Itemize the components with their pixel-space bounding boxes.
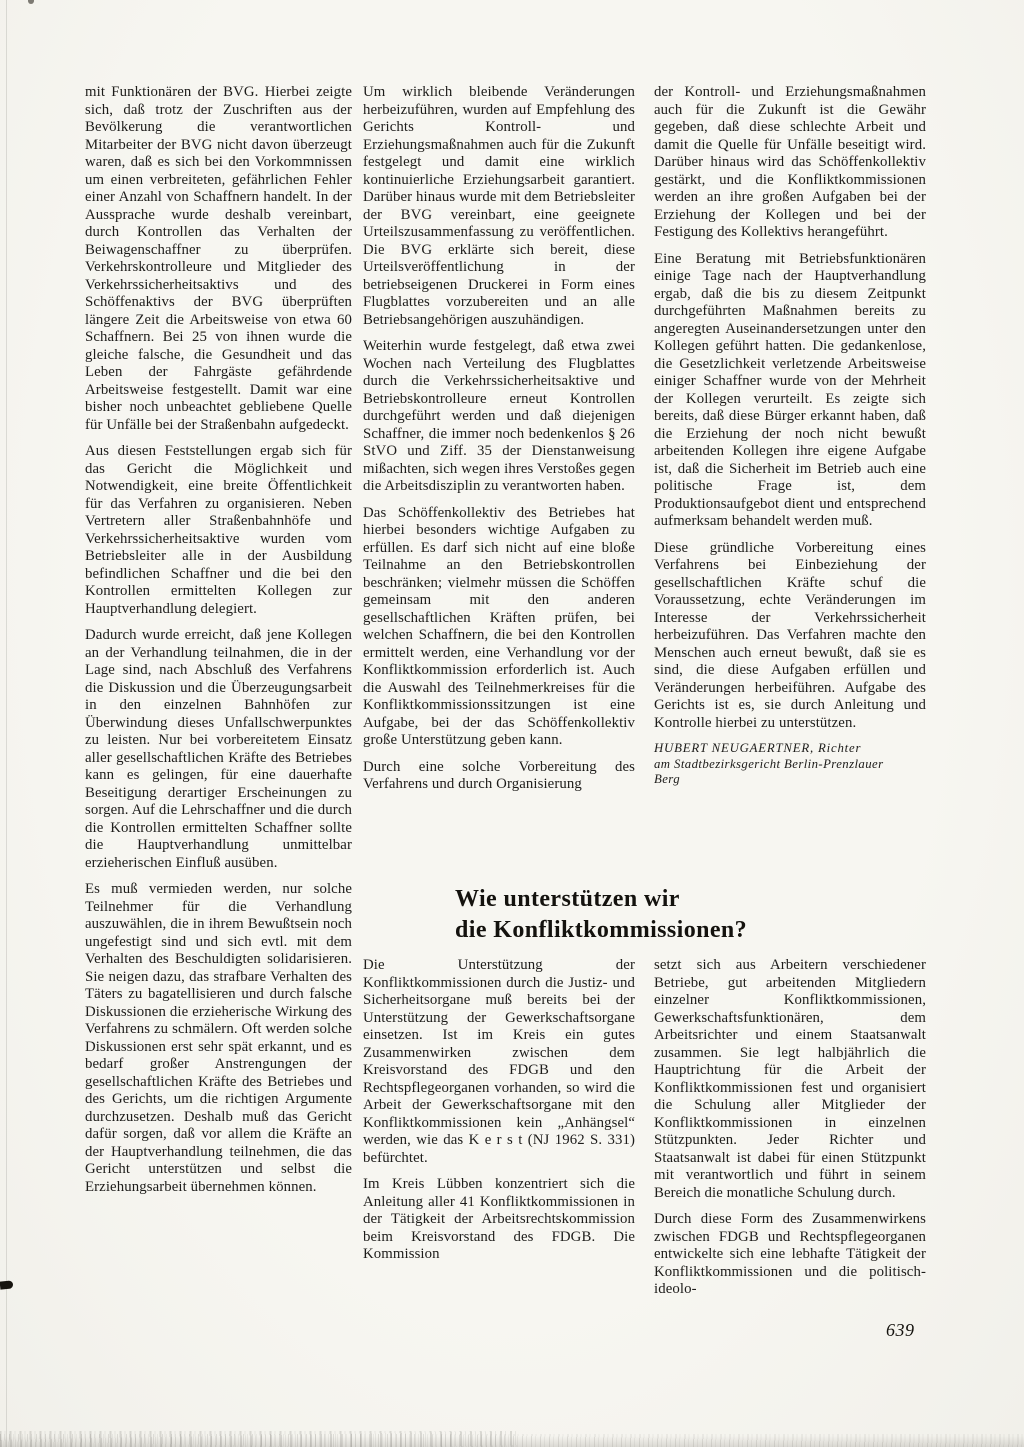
ink-dash xyxy=(0,1280,13,1289)
page-number: 639 xyxy=(886,1320,915,1341)
ink-speck xyxy=(28,0,34,4)
author-signature: HUBERT NEUGAERTNER, Richter am Stadtbezi… xyxy=(654,741,926,788)
article-title: Wie unterstützen wir die Konfliktkommiss… xyxy=(455,884,935,946)
paragraph: Eine Beratung mit Betriebsfunktionären e… xyxy=(654,251,926,531)
paragraph: Im Kreis Lübben konzentriert sich die An… xyxy=(363,1176,635,1264)
paragraph: Aus diesen Feststellungen ergab sich für… xyxy=(85,443,352,618)
signature-line: Berg xyxy=(654,772,926,788)
scan-grain xyxy=(0,1431,520,1447)
article-title-line: die Konfliktkommissionen? xyxy=(455,915,935,946)
article-bottom-column-left: Die Unterstützung der Konfliktkommission… xyxy=(363,957,635,1273)
article-bottom-column-right: setzt sich aus Arbeitern verschiedener B… xyxy=(654,957,926,1308)
paragraph: Durch eine solche Vorbereitung des Verfa… xyxy=(363,759,635,794)
article-top-column-2: Um wirklich bleibende Veränderungen herb… xyxy=(363,84,635,803)
signature-line: am Stadtbezirksgericht Berlin-Prenzlauer xyxy=(654,757,926,773)
paragraph: Die Unterstützung der Konfliktkommission… xyxy=(363,957,635,1167)
paragraph: Weiterhin wurde festgelegt, daß etwa zwe… xyxy=(363,338,635,496)
paragraph: setzt sich aus Arbeitern verschiedener B… xyxy=(654,957,926,1202)
article-top-column-3: der Kontroll- und Erziehungsmaßnahmen au… xyxy=(654,84,926,788)
paragraph: Diese gründliche Vorbereitung eines Verf… xyxy=(654,540,926,733)
paragraph: Um wirklich bleibende Veränderungen herb… xyxy=(363,84,635,329)
paragraph: Es muß vermieden werden, nur solche Teil… xyxy=(85,881,352,1196)
signature-line: HUBERT NEUGAERTNER, Richter xyxy=(654,741,926,757)
paragraph: Dadurch wurde erreicht, daß jene Kollege… xyxy=(85,627,352,872)
article-title-line: Wie unterstützen wir xyxy=(455,884,935,915)
paragraph: der Kontroll- und Erziehungsmaßnahmen au… xyxy=(654,84,926,242)
article-top-column-1: mit Funktionären der BVG. Hierbei zeigte… xyxy=(85,84,352,1205)
journal-page: mit Funktionären der BVG. Hierbei zeigte… xyxy=(0,0,1024,1447)
paragraph: Das Schöffenkollektiv des Betriebes hat … xyxy=(363,505,635,750)
paragraph: mit Funktionären der BVG. Hierbei zeigte… xyxy=(85,84,352,434)
paragraph: Durch diese Form des Zusammenwirkens zwi… xyxy=(654,1211,926,1299)
scan-edge-line xyxy=(6,0,7,1447)
